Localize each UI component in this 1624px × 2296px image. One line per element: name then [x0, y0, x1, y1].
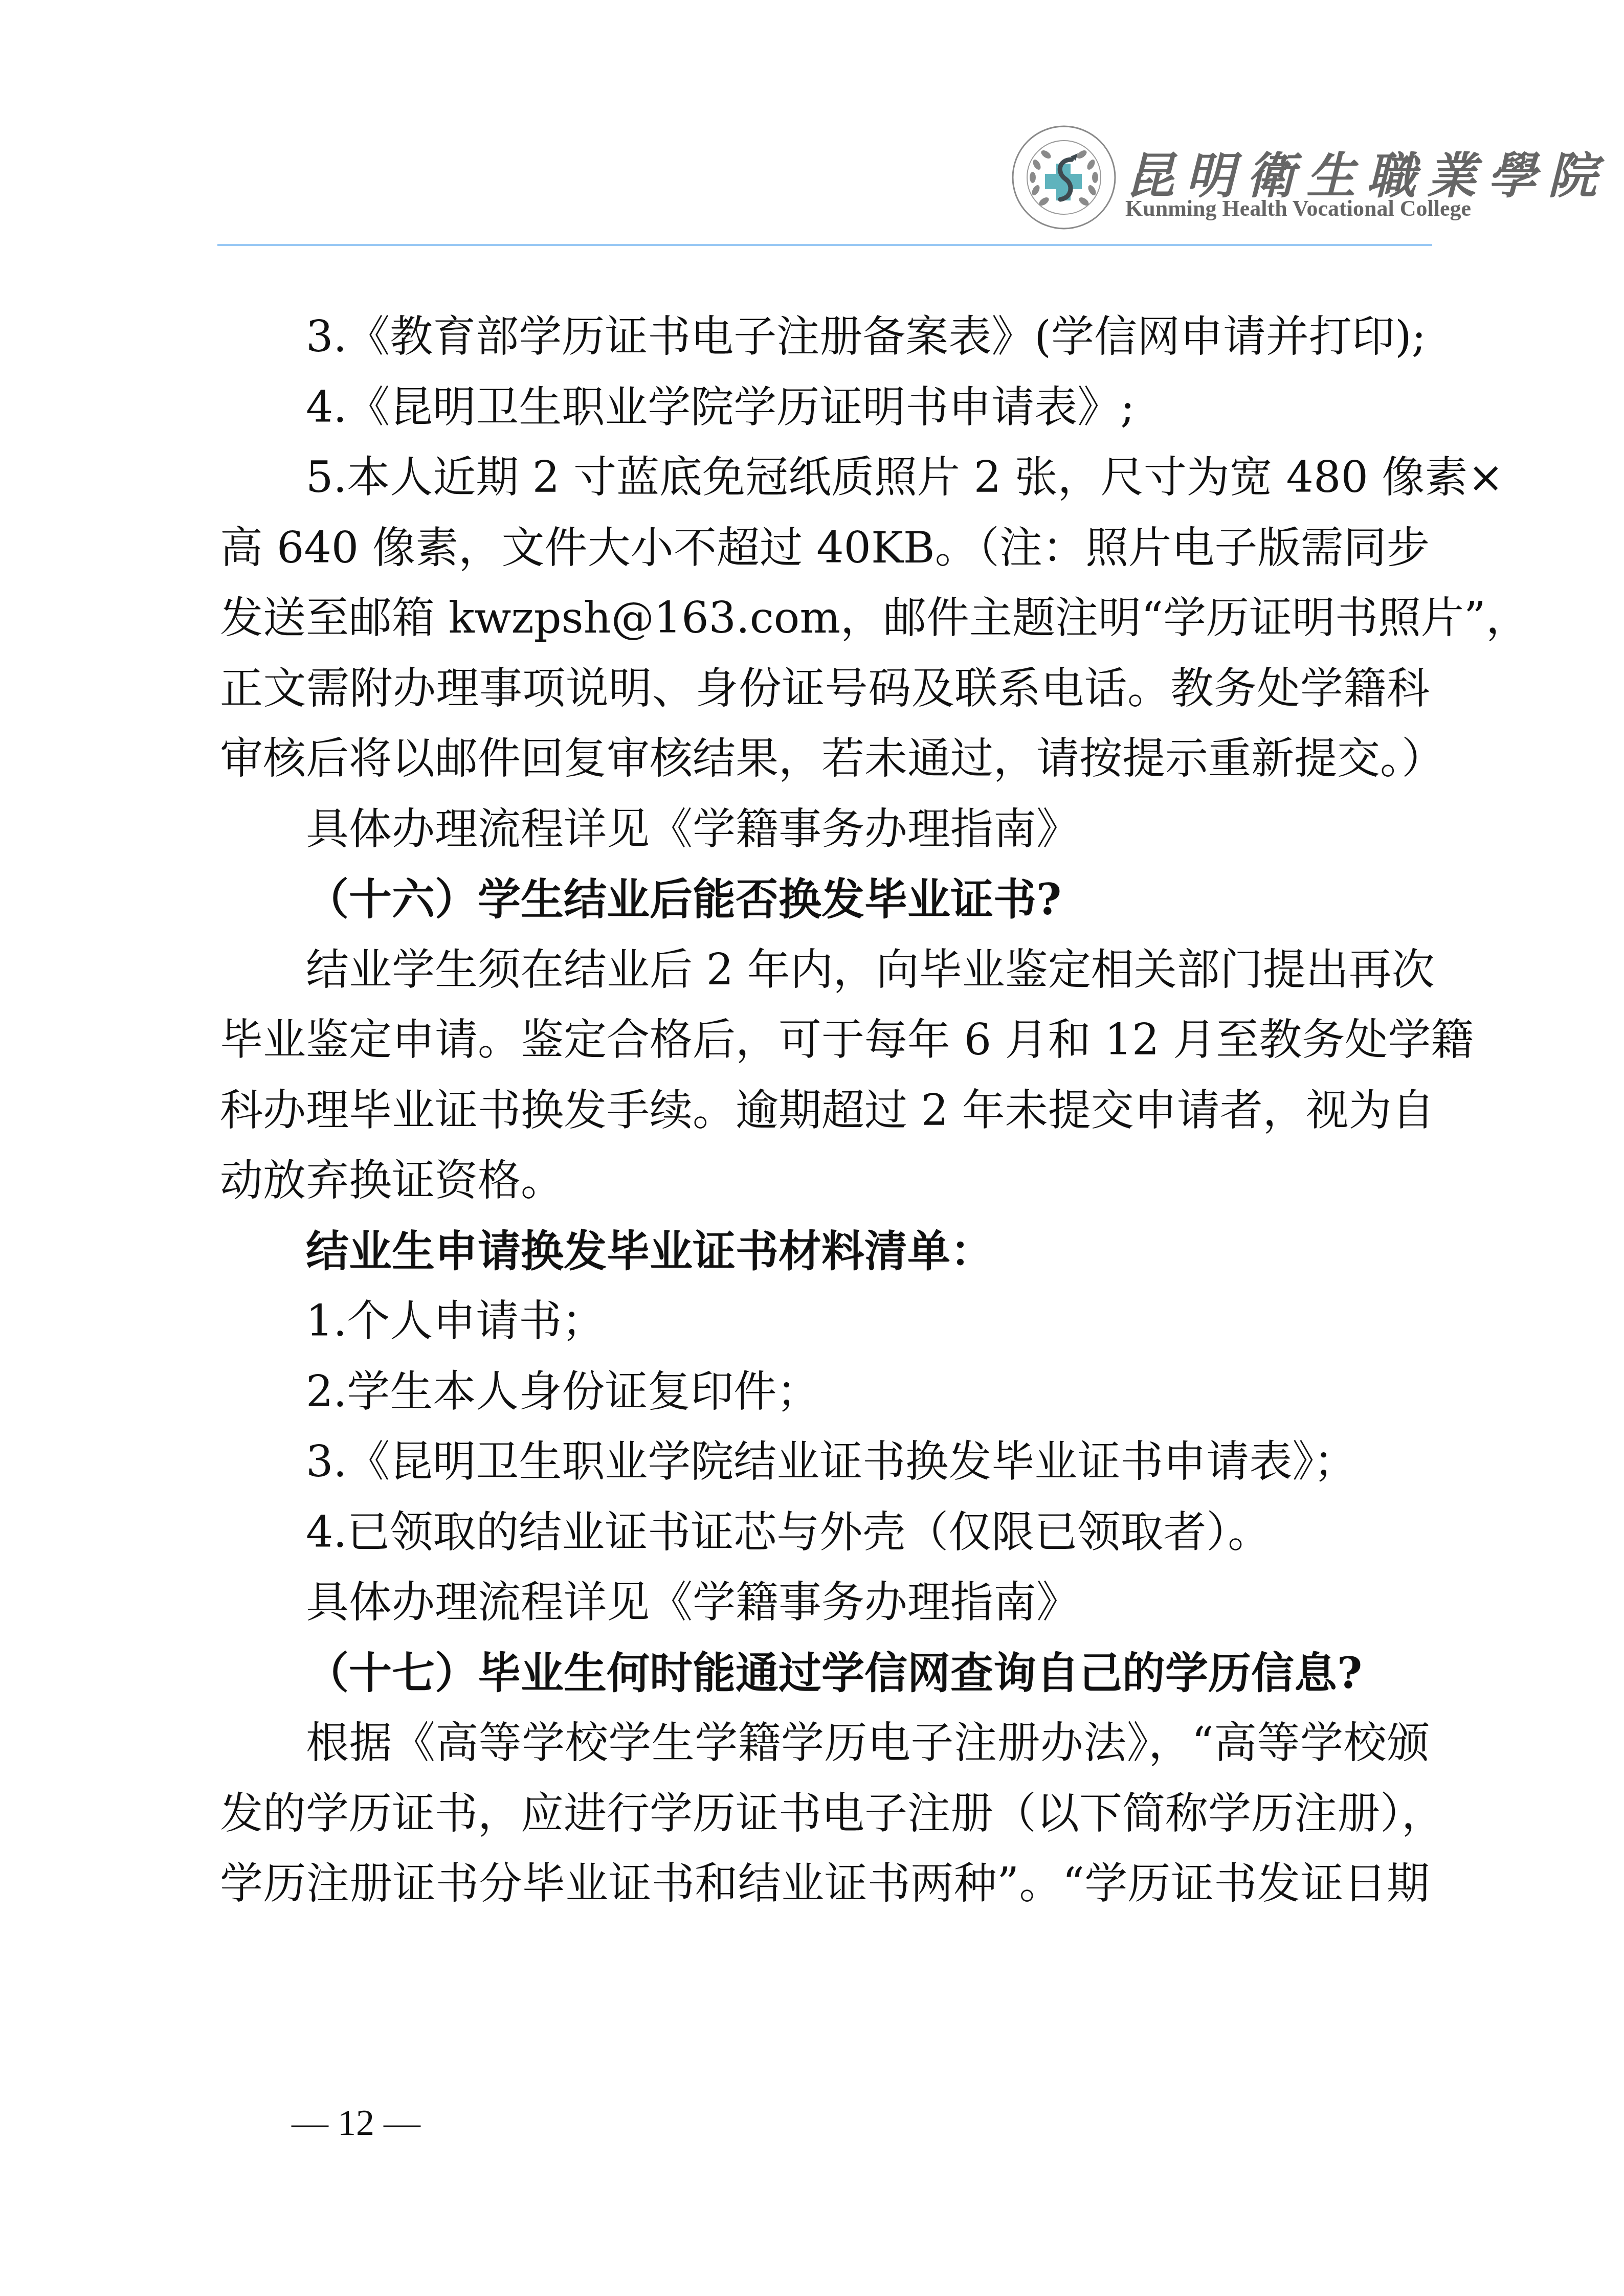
text-line: 审核后将以邮件回复审核结果，若未通过，请按提示重新提交。） [220, 724, 1430, 794]
text-line: 毕业鉴定申请。鉴定合格后，可于每年 6 月和 12 月至教务处学籍 [220, 1005, 1430, 1075]
text-line: 发的学历证书，应进行学历证书电子注册（以下简称学历注册）， [220, 1779, 1430, 1849]
text-line: 1.个人申请书； [220, 1286, 1430, 1357]
college-name-english: Kunming Health Vocational College [1125, 195, 1471, 221]
header-divider [217, 244, 1432, 246]
text-line: 学历注册证书分毕业证书和结业证书两种”。“学历证书发证日期 [220, 1849, 1430, 1919]
text-line: 高 640 像素，文件大小不超过 40KB。（注：照片电子版需同步 [220, 513, 1430, 583]
text-line: 4.《昆明卫生职业学院学历证明书申请表》; [220, 372, 1430, 443]
text-line: 正文需附办理事项说明、身份证号码及联系电话。教务处学籍科 [220, 654, 1430, 724]
text-line: 根据《高等学校学生学籍学历电子注册办法》，“高等学校颁 [220, 1708, 1430, 1779]
section-heading: （十七）毕业生何时能通过学信网查询自己的学历信息? [220, 1638, 1430, 1708]
list-title: 结业生申请换发毕业证书材料清单： [220, 1216, 1430, 1287]
text-line: 2.学生本人身份证复印件； [220, 1357, 1430, 1427]
page-number: — 12 — [292, 2102, 420, 2144]
page-header: 昆明衛生職業學院 Kunming Health Vocational Colle… [0, 0, 1624, 245]
text-line: 结业学生须在结业后 2 年内，向毕业鉴定相关部门提出再次 [220, 935, 1430, 1005]
text-line: 动放弃换证资格。 [220, 1145, 1430, 1216]
section-heading: （十六）学生结业后能否换发毕业证书? [220, 864, 1430, 935]
text-line: 具体办理流程详见《学籍事务办理指南》 [220, 794, 1430, 865]
text-line: 3.《教育部学历证书电子注册备案表》(学信网申请并打印); [220, 302, 1430, 372]
text-line: 5.本人近期 2 寸蓝底免冠纸质照片 2 张，尺寸为宽 480 像素× [220, 442, 1430, 513]
text-line: 科办理毕业证书换发手续。逾期超过 2 年未提交申请者，视为自 [220, 1075, 1430, 1146]
text-line: 发送至邮箱 kwzpsh@163.com，邮件主题注明“学历证明书照片”， [220, 583, 1430, 654]
text-line: 3.《昆明卫生职业学院结业证书换发毕业证书申请表》； [220, 1427, 1430, 1497]
text-line: 4.已领取的结业证书证芯与外壳（仅限已领取者）。 [220, 1497, 1430, 1568]
text-line: 具体办理流程详见《学籍事务办理指南》 [220, 1567, 1430, 1638]
college-seal-logo-icon [1010, 124, 1118, 231]
document-body: 3.《教育部学历证书电子注册备案表》(学信网申请并打印);4.《昆明卫生职业学院… [220, 302, 1430, 1919]
